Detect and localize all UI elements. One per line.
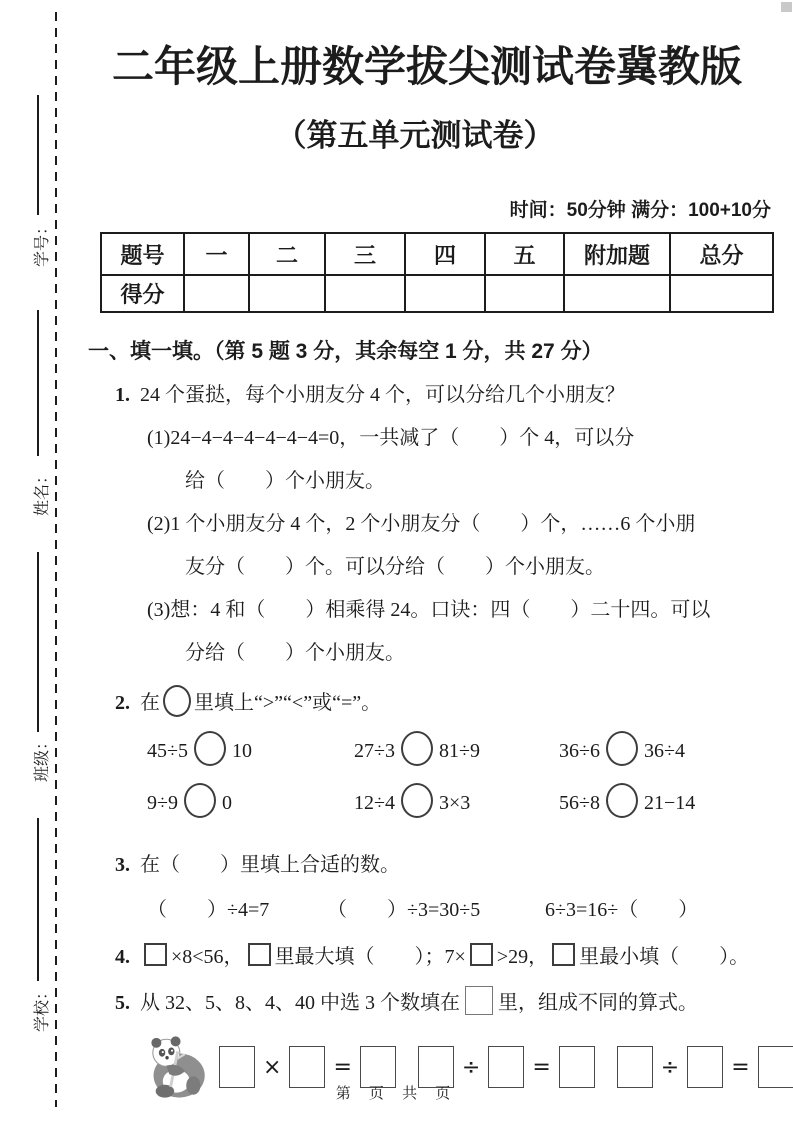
question-1-line: 1.24 个蛋挞，每个小朋友分 4 个，可以分给几个小朋友？ — [57, 373, 773, 417]
blank-square[interactable] — [248, 943, 271, 966]
text-run: 里填上“>”“<”或“=”。 — [194, 692, 381, 714]
text-run: 81÷9 — [439, 740, 480, 762]
text-run: 36÷4 — [644, 740, 685, 762]
score-cell[interactable] — [564, 275, 670, 312]
q1-sub3-line: (3)想：4 和（ ）相乘得 24。口诀：四（ ）二十四。可以 — [57, 589, 773, 632]
q3-items-row: （ ）÷4=7 （ ）÷3=30÷5 6÷3=16÷（ ） — [57, 887, 773, 933]
compare-item: 27÷381÷9 — [354, 725, 559, 777]
compare-item: 9÷90 — [147, 777, 354, 829]
text-run: 9÷9 — [147, 792, 178, 814]
score-cell[interactable] — [249, 275, 325, 312]
compare-item: 56÷821−14 — [559, 777, 695, 829]
score-cell[interactable] — [405, 275, 485, 312]
question-2-prompt: 在里填上“>”“<”或“=”。 — [140, 692, 381, 714]
text-run: 10 — [232, 740, 252, 762]
blank-circle[interactable] — [194, 731, 226, 766]
score-table: 题号 一 二 三 四 五 附加题 总分 得分 — [100, 232, 774, 313]
operator: = — [532, 1055, 550, 1080]
question-4-line: 4.×8<56，里最大填（ ）；7×>29，里最小填（ ）。 — [57, 935, 773, 979]
blank-square[interactable] — [470, 943, 493, 966]
q1-sub2-line: (2)1 个小朋友分 4 个，2 个小朋友分（ ）个，……6 个小朋 — [57, 503, 773, 546]
question-5-line: 5.从 32、5、8、4、40 中选 3 个数填在里，组成不同的算式。 — [57, 981, 773, 1025]
question-5-text: 从 32、5、8、4、40 中选 3 个数填在里，组成不同的算式。 — [140, 992, 698, 1014]
score-cell[interactable] — [670, 275, 773, 312]
compare-item: 36÷636÷4 — [559, 725, 685, 777]
score-header-cell: 五 — [485, 233, 564, 275]
class-label: 班级： — [29, 731, 49, 785]
text-run: 36÷6 — [559, 740, 600, 762]
score-row-label: 得分 — [101, 275, 184, 312]
question-2-line: 2.在里填上“>”“<”或“=”。 — [57, 681, 773, 725]
page-subtitle: （第五单元测试卷） — [57, 110, 773, 155]
q1-sub1-line: (1)24−4−4−4−4−4−4=0，一共减了（ ）个 4，可以分 — [57, 417, 773, 460]
score-header-cell: 二 — [249, 233, 325, 275]
text-run: 里最大填（ ）；7× — [275, 946, 466, 968]
text-run: 在 — [140, 692, 160, 714]
text-run: ×8<56， — [171, 946, 244, 968]
text-run: 56÷8 — [559, 792, 600, 814]
test-paper-page: 学号： 姓名： 班级： 学校： 二年级上册数学拔尖测试卷冀教版 （第五单元测试卷… — [0, 0, 793, 1122]
school-label: 学校： — [29, 981, 49, 1035]
q1-sub3-cont: 分给（ ）个小朋友。 — [57, 632, 773, 675]
question-2-number: 2. — [115, 692, 130, 714]
operator: ÷ — [462, 1055, 480, 1080]
q1-sub1-cont: 给（ ）个小朋友。 — [57, 460, 773, 503]
blank-square[interactable] — [144, 943, 167, 966]
student-name-label: 姓名： — [29, 465, 49, 519]
score-header-cell: 总分 — [670, 233, 773, 275]
exam-time-score-meta: 时间：50分钟 满分：100+10分 — [57, 195, 773, 222]
page-footer: 第 页 共 页 — [0, 1082, 793, 1103]
class-blank-line[interactable] — [37, 552, 39, 732]
student-id-label: 学号： — [29, 216, 49, 270]
blank-circle[interactable] — [401, 783, 433, 818]
score-header-cell: 三 — [325, 233, 405, 275]
compare-item: 12÷43×3 — [354, 777, 559, 829]
score-table-header-row: 题号 一 二 三 四 五 附加题 总分 — [101, 233, 773, 275]
text-run: 21−14 — [644, 792, 695, 814]
blank-circle[interactable] — [606, 783, 638, 818]
text-run: 从 32、5、8、4、40 中选 3 个数填在 — [140, 992, 460, 1014]
score-cell[interactable] — [325, 275, 405, 312]
operator: × — [263, 1055, 281, 1080]
score-header-cell: 四 — [405, 233, 485, 275]
score-table-score-row: 得分 — [101, 275, 773, 312]
text-run: 45÷5 — [147, 740, 188, 762]
question-5-number: 5. — [115, 992, 130, 1014]
question-4-text: ×8<56，里最大填（ ）；7×>29，里最小填（ ）。 — [140, 946, 749, 968]
question-1-number: 1. — [115, 384, 130, 406]
text-run: 里，组成不同的算式。 — [498, 992, 698, 1014]
question-3-line: 3.在（ ）里填上合适的数。 — [57, 843, 773, 887]
fill-item: （ ）÷4=7 — [147, 887, 327, 933]
score-header-cell: 附加题 — [564, 233, 670, 275]
scan-artifact — [781, 2, 792, 12]
text-run: 里最小填（ ）。 — [579, 946, 749, 968]
blank-circle[interactable] — [184, 783, 216, 818]
operator: ÷ — [661, 1055, 679, 1080]
score-header-cell: 一 — [184, 233, 249, 275]
text-run: 0 — [222, 792, 232, 814]
paper-body: 二年级上册数学拔尖测试卷冀教版 （第五单元测试卷） 时间：50分钟 满分：100… — [57, 0, 773, 1103]
question-3-text: 在（ ）里填上合适的数。 — [140, 854, 400, 876]
student-name-blank-line[interactable] — [37, 310, 39, 456]
blank-square[interactable] — [465, 986, 493, 1015]
section-one-heading: 一、填一填。（第 5 题 3 分，其余每空 1 分，共 27 分） — [57, 335, 773, 365]
compare-item: 45÷510 — [147, 725, 354, 777]
page-title: 二年级上册数学拔尖测试卷冀教版 — [57, 34, 773, 94]
q1-sub2-cont: 友分（ ）个。可以分给（ ）个小朋友。 — [57, 546, 773, 589]
question-1-text: 24 个蛋挞，每个小朋友分 4 个，可以分给几个小朋友？ — [140, 384, 625, 406]
fill-item: 6÷3=16÷（ ） — [545, 887, 698, 933]
question-4-number: 4. — [115, 946, 130, 968]
blank-circle[interactable] — [606, 731, 638, 766]
text-run: 27÷3 — [354, 740, 395, 762]
student-id-blank-line[interactable] — [37, 95, 39, 215]
q2-compare-row: 45÷510 27÷381÷9 36÷636÷4 — [57, 725, 773, 777]
text-run: 12÷4 — [354, 792, 395, 814]
operator: = — [333, 1055, 351, 1080]
question-3-number: 3. — [115, 854, 130, 876]
score-cell[interactable] — [485, 275, 564, 312]
score-cell[interactable] — [184, 275, 249, 312]
blank-circle[interactable] — [163, 685, 191, 717]
score-header-cell: 题号 — [101, 233, 184, 275]
fill-item: （ ）÷3=30÷5 — [327, 887, 545, 933]
school-blank-line[interactable] — [37, 818, 39, 981]
text-run: 3×3 — [439, 792, 470, 814]
blank-square[interactable] — [552, 943, 575, 966]
operator: = — [731, 1055, 749, 1080]
blank-circle[interactable] — [401, 731, 433, 766]
q2-compare-row: 9÷90 12÷43×3 56÷821−14 — [57, 777, 773, 829]
text-run: >29， — [497, 946, 548, 968]
